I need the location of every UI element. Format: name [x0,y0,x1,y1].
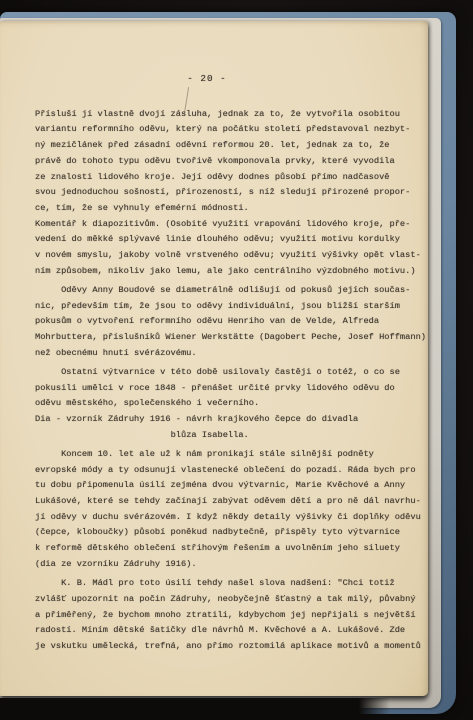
paragraph-intro: Přísluší jí vlastně dvojí zásluha, jedna… [35,107,433,280]
paragraph-koncem: Koncem 10. let ale už k nám pronikají st… [35,447,433,573]
page-text: - 20 - Přísluší jí vlastně dvojí zásluha… [35,71,433,655]
shadow-mask [0,698,390,720]
paragraph-madl: K. B. Mádl pro toto úsilí tehdy našel sl… [35,576,433,655]
page-number: - 20 - [8,71,406,87]
paragraph-ostatni: Ostatní výtvarnice v této době usilovaly… [35,365,433,444]
document-page: - 20 - Přísluší jí vlastně dvojí zásluha… [0,21,428,696]
photo-background: - 20 - Přísluší jí vlastně dvojí zásluha… [0,0,473,720]
paragraph-boudova: Oděvy Anny Boudové se diametrálně odlišu… [35,283,433,362]
